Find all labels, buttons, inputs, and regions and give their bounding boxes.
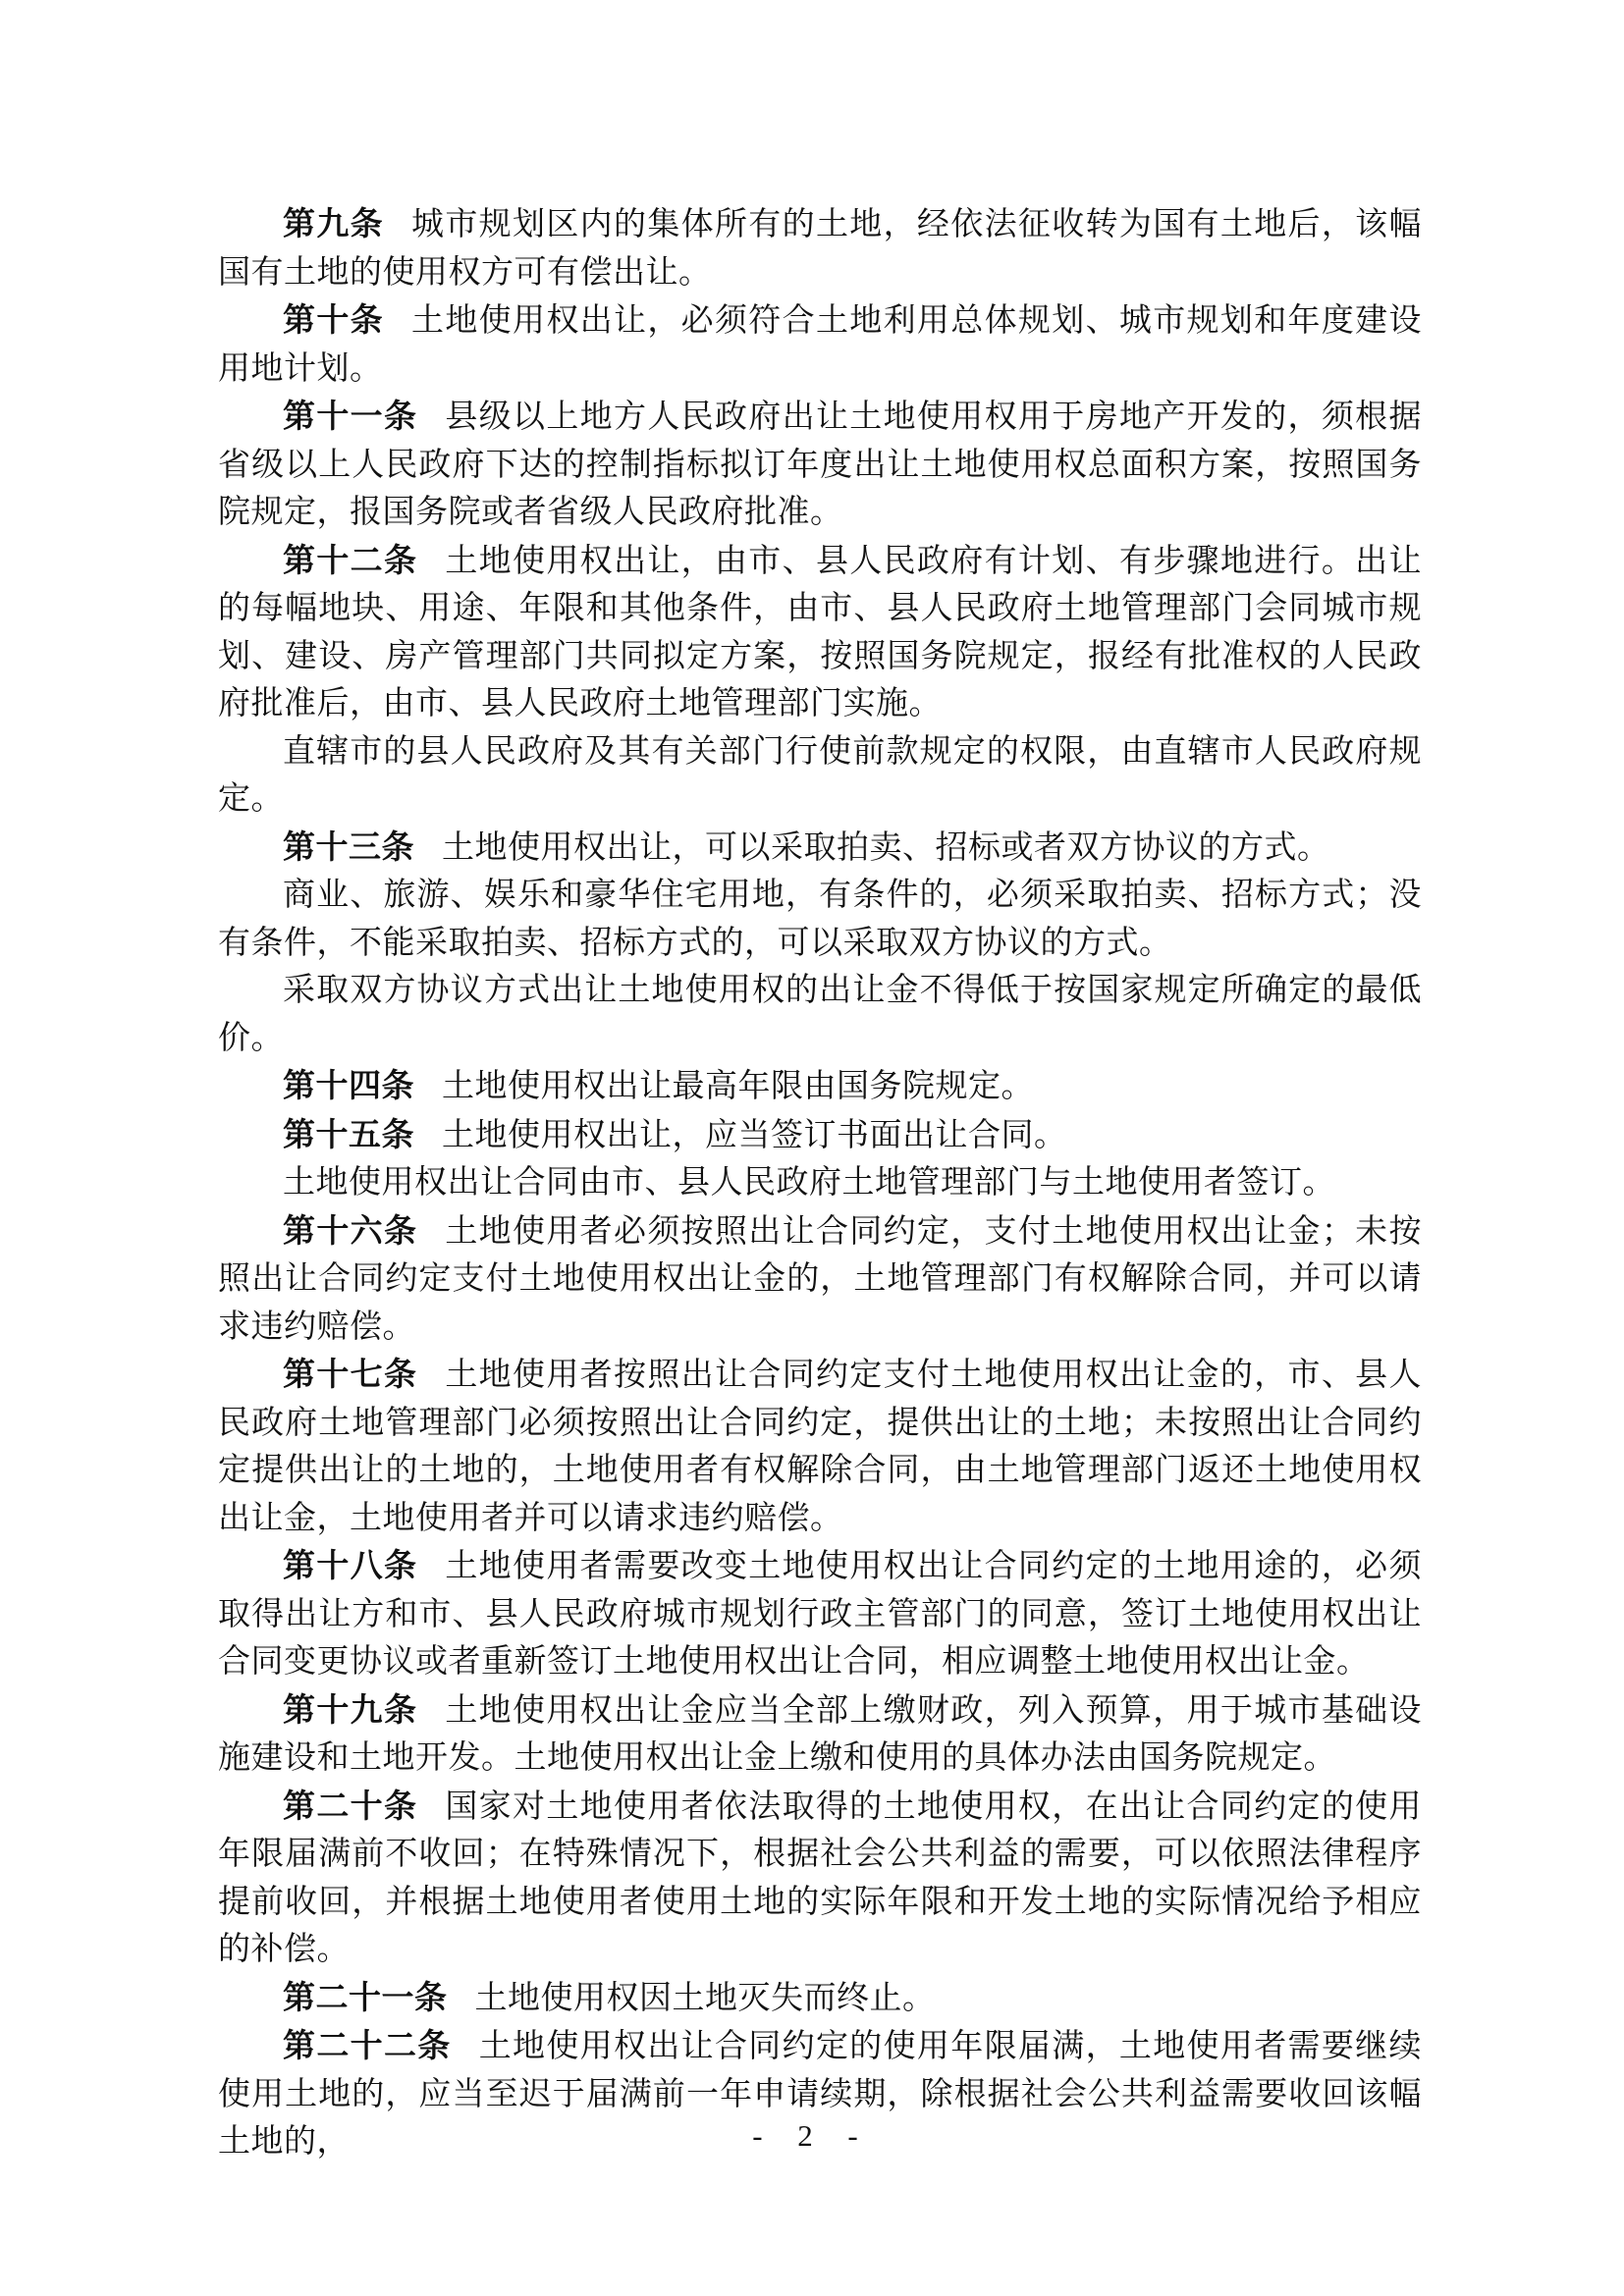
continuation-paragraph: 直辖市的县人民政府及其有关部门行使前款规定的权限，由直辖市人民政府规定。	[218, 728, 1422, 824]
article-text: 土地使用权出让，应当签订书面出让合同。	[442, 1118, 1067, 1153]
continuation-paragraph: 商业、旅游、娱乐和豪华住宅用地，有条件的，必须采取拍卖、招标方式；没有条件，不能…	[218, 872, 1422, 967]
article-paragraph: 第十一条县级以上地方人民政府出让土地使用权用于房地产开发的，须根据省级以上人民政…	[218, 393, 1422, 537]
article-number: 第二十条	[283, 1788, 417, 1824]
article-text: 土地使用权出让，可以采取拍卖、招标或者双方协议的方式。	[442, 830, 1330, 866]
article-paragraph: 第十七条土地使用者按照出让合同约定支付土地使用权出让金的，市、县人民政府土地管理…	[218, 1351, 1422, 1542]
article-paragraph: 第十四条土地使用权出让最高年限由国务院规定。	[218, 1062, 1422, 1111]
article-text: 采取双方协议方式出让土地使用权的出让金不得低于按国家规定所确定的最低价。	[218, 973, 1422, 1056]
article-text: 土地使用权出让最高年限由国务院规定。	[442, 1069, 1034, 1104]
article-text: 土地使用权出让，必须符合土地利用总体规划、城市规划和年度建设用地计划。	[218, 303, 1422, 387]
article-number: 第十一条	[283, 398, 417, 434]
article-paragraph: 第十条土地使用权出让，必须符合土地利用总体规划、城市规划和年度建设用地计划。	[218, 296, 1422, 393]
document-page: 第九条城市规划区内的集体所有的土地，经依法征收转为国有土地后，该幅国有土地的使用…	[0, 0, 1624, 2296]
article-number: 第十七条	[283, 1356, 417, 1392]
article-text: 土地使用权因土地灭失而终止。	[475, 1981, 936, 2016]
article-number: 第十九条	[283, 1691, 417, 1728]
continuation-paragraph: 土地使用权出让合同由市、县人民政府土地管理部门与土地使用者签订。	[218, 1159, 1422, 1207]
article-text: 土地使用权出让合同由市、县人民政府土地管理部门与土地使用者签订。	[283, 1165, 1335, 1201]
article-number: 第十八条	[283, 1547, 417, 1583]
article-number: 第十三条	[283, 828, 414, 865]
article-paragraph: 第十三条土地使用权出让，可以采取拍卖、招标或者双方协议的方式。	[218, 824, 1422, 873]
continuation-paragraph: 采取双方协议方式出让土地使用权的出让金不得低于按国家规定所确定的最低价。	[218, 967, 1422, 1062]
document-body: 第九条城市规划区内的集体所有的土地，经依法征收转为国有土地后，该幅国有土地的使用…	[218, 200, 1422, 2166]
page-number: - 2 -	[0, 2118, 1624, 2154]
article-paragraph: 第九条城市规划区内的集体所有的土地，经依法征收转为国有土地后，该幅国有土地的使用…	[218, 200, 1422, 296]
article-number: 第十五条	[283, 1116, 414, 1152]
article-text: 直辖市的县人民政府及其有关部门行使前款规定的权限，由直辖市人民政府规定。	[218, 734, 1422, 818]
article-number: 第二十二条	[283, 2027, 452, 2063]
article-number: 第十六条	[283, 1212, 417, 1249]
article-text: 商业、旅游、娱乐和豪华住宅用地，有条件的，必须采取拍卖、招标方式；没有条件，不能…	[218, 878, 1422, 961]
article-paragraph: 第二十条国家对土地使用者依法取得的土地使用权，在出让合同约定的使用年限届满前不收…	[218, 1783, 1422, 1974]
article-paragraph: 第十六条土地使用者必须按照出让合同约定，支付土地使用权出让金；未按照出让合同约定…	[218, 1207, 1422, 1352]
article-paragraph: 第十二条土地使用权出让，由市、县人民政府有计划、有步骤地进行。出让的每幅地块、用…	[218, 537, 1422, 728]
article-paragraph: 第二十一条土地使用权因土地灭失而终止。	[218, 1974, 1422, 2023]
article-paragraph: 第十九条土地使用权出让金应当全部上缴财政，列入预算，用于城市基础设施建设和土地开…	[218, 1686, 1422, 1783]
article-text: 城市规划区内的集体所有的土地，经依法征收转为国有土地后，该幅国有土地的使用权方可…	[218, 207, 1422, 291]
article-paragraph: 第十八条土地使用者需要改变土地使用权出让合同约定的土地用途的，必须取得出让方和市…	[218, 1542, 1422, 1686]
article-number: 第十二条	[283, 542, 417, 578]
article-number: 第十四条	[283, 1067, 414, 1103]
article-number: 第二十一条	[283, 1979, 448, 2015]
article-paragraph: 第十五条土地使用权出让，应当签订书面出让合同。	[218, 1111, 1422, 1160]
article-number: 第九条	[283, 205, 384, 241]
article-number: 第十条	[283, 301, 384, 338]
